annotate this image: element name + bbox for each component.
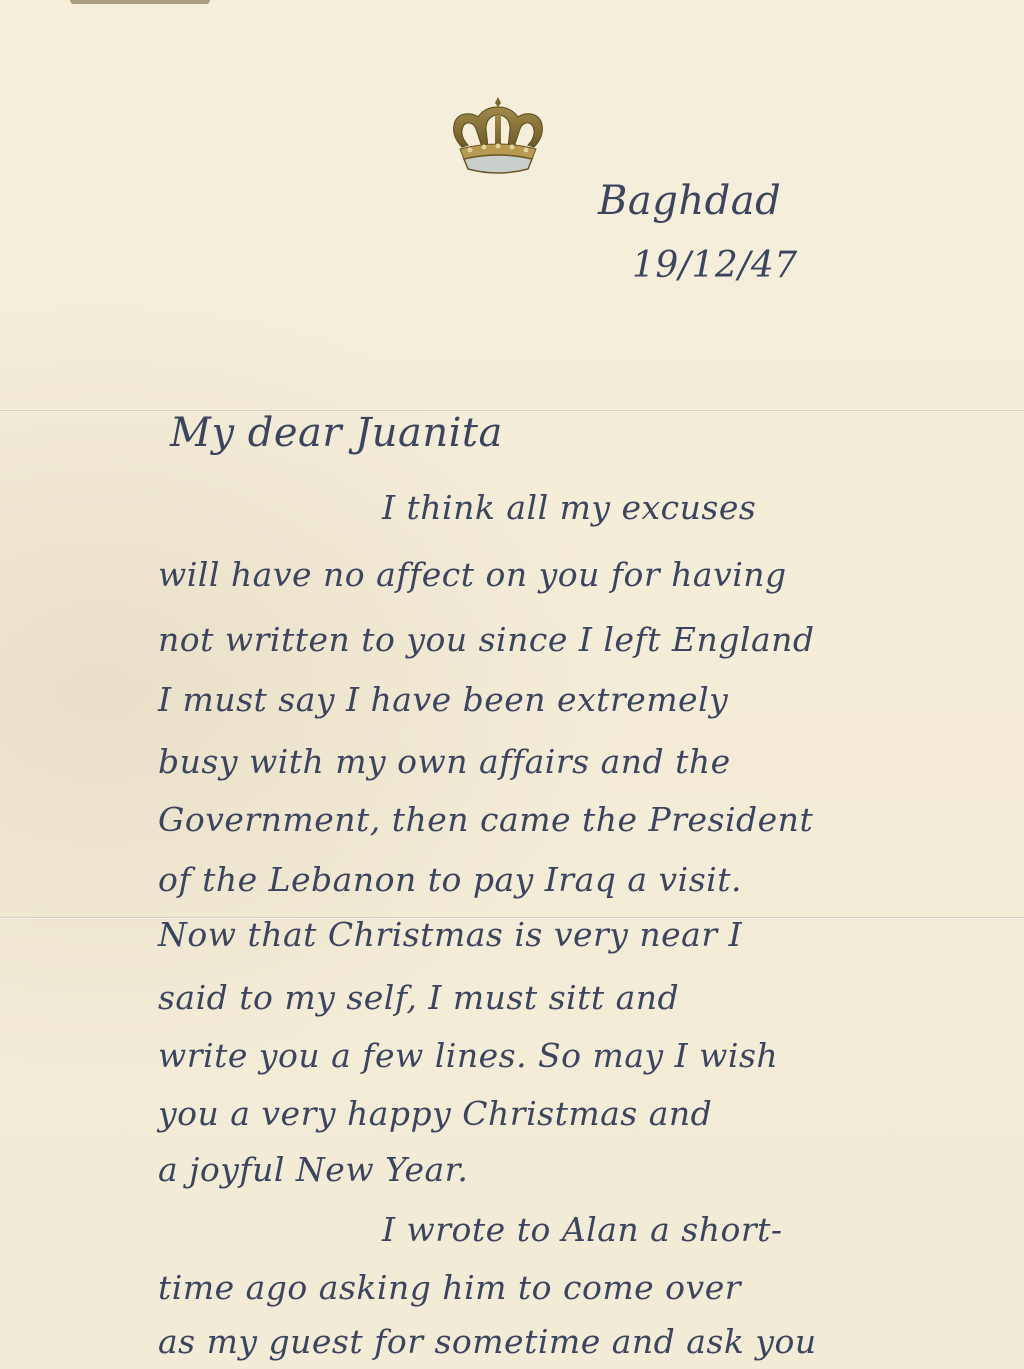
body-line: not written to you since I left England bbox=[158, 620, 815, 659]
body-line: you a very happy Christmas and bbox=[158, 1094, 712, 1133]
body-line: a joyful New Year. bbox=[158, 1150, 468, 1189]
letter-date: 19/12/47 bbox=[632, 245, 798, 286]
page-edge-shadow bbox=[70, 0, 210, 4]
body-line: I must say I have been extremely bbox=[158, 680, 728, 719]
body-line: busy with my own affairs and the bbox=[158, 742, 731, 781]
body-line: of the Lebanon to pay Iraq a visit. bbox=[158, 860, 742, 899]
body-line: Government, then came the President bbox=[158, 800, 813, 839]
body-line: Now that Christmas is very near I bbox=[158, 915, 742, 954]
body-line: will have no affect on you for having bbox=[158, 555, 787, 594]
body-line: I think all my excuses bbox=[382, 488, 756, 527]
body-line: time ago asking him to come over bbox=[158, 1268, 741, 1307]
letter-page: Baghdad 19/12/47 My dear Juanita I think… bbox=[0, 0, 1024, 1369]
body-line: said to my self, I must sitt and bbox=[158, 978, 679, 1017]
letter-place: Baghdad bbox=[598, 178, 781, 224]
body-line: I wrote to Alan a short- bbox=[382, 1210, 783, 1249]
letter-salutation: My dear Juanita bbox=[170, 410, 503, 456]
body-line: as my guest for sometime and ask you bbox=[158, 1322, 817, 1361]
fold-line bbox=[0, 410, 1024, 413]
crown-icon bbox=[448, 95, 548, 177]
body-line: write you a few lines. So may I wish bbox=[158, 1036, 778, 1075]
